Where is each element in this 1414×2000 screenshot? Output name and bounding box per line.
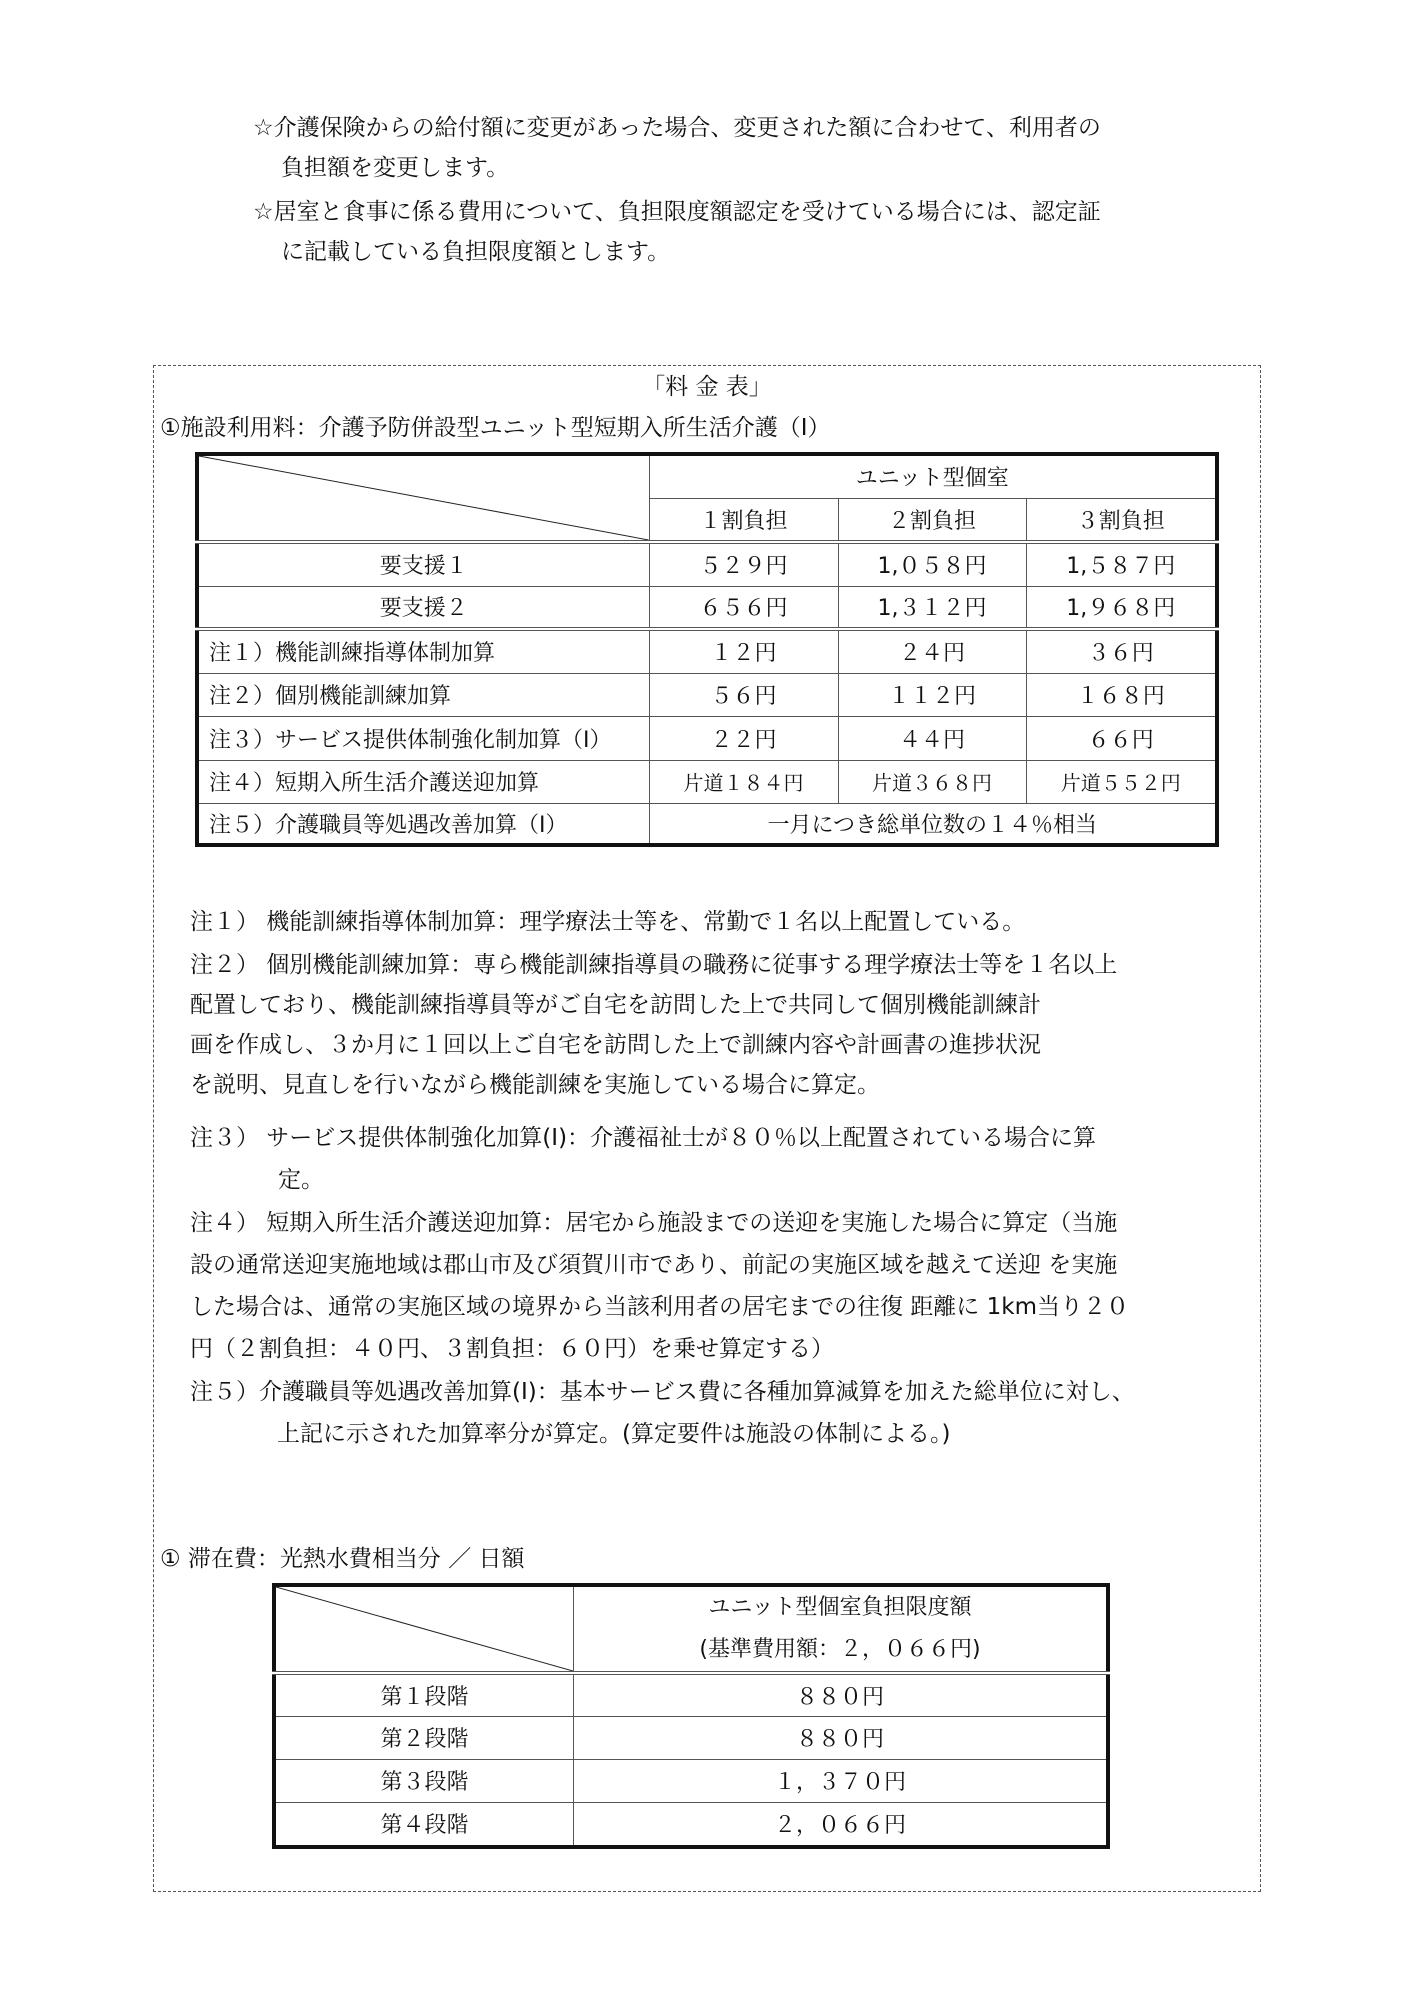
facility-fee-table: ユニット型個室 １割負担 ２割負担 ３割負担 要支援１ ５２９円 1,０５８円 … xyxy=(195,452,1219,847)
stay-fee-table: ユニット型個室負担限度額 (基準費用額：２，０６６円) 第１段階 ８８０円 第２… xyxy=(272,1583,1110,1849)
cell: ２４円 xyxy=(838,629,1026,673)
table-row: 第２段階 ８８０円 xyxy=(274,1716,1108,1759)
diagonal-header-cell xyxy=(274,1585,573,1673)
diagonal-line-icon xyxy=(199,456,649,540)
merged-cell: 一月につき総単位数の１４％相当 xyxy=(649,803,1217,845)
cell: ５２９円 xyxy=(649,542,838,586)
row-label: 第２段階 xyxy=(274,1716,573,1759)
diagonal-line-icon xyxy=(276,1587,573,1671)
cell: 片道１８４円 xyxy=(649,760,838,803)
cell: ８８０円 xyxy=(573,1716,1108,1759)
intro-line-2: 負担額を変更します。 xyxy=(253,148,509,188)
table-row: 注３）サービス提供体制強化制加算（Ⅰ） ２２円 ４４円 ６６円 xyxy=(197,716,1217,760)
diagonal-header-cell xyxy=(197,454,649,542)
intro-line-4-text: に記載している負担限度額とします。 xyxy=(253,239,670,265)
note-line: 注１） 機能訓練指導体制加算：理学療法士等を、常勤で１名以上配置している。 xyxy=(190,902,1025,942)
table-row: 注４）短期入所生活介護送迎加算 片道１８４円 片道３６８円 片道５５２円 xyxy=(197,760,1217,803)
intro-line-3: ☆居室と食事に係る費用について、負担限度額認定を受けている場合には、認定証 xyxy=(253,192,1101,232)
note-line: 画を作成し、３か月に１回以上ご自宅を訪問した上で訓練内容や計画書の進捗状況 xyxy=(190,1025,1041,1065)
intro-line-1: ☆介護保険からの給付額に変更があった場合、変更された額に合わせて、利用者の xyxy=(253,108,1101,148)
cell: ２，０６６円 xyxy=(573,1802,1108,1847)
cell: １１２円 xyxy=(838,673,1026,716)
table-row: 第３段階 １，３７０円 xyxy=(274,1759,1108,1802)
row-label: 注４）短期入所生活介護送迎加算 xyxy=(197,760,649,803)
row-label: 要支援２ xyxy=(197,586,649,629)
note-line: 円（２割負担：４０円、３割負担：６０円）を乗せ算定する） xyxy=(190,1329,834,1369)
row-label: 注１）機能訓練指導体制加算 xyxy=(197,629,649,673)
cell: ６６円 xyxy=(1026,716,1217,760)
section1-heading: ①施設利用料：介護予防併設型ユニット型短期入所生活介護（Ⅰ） xyxy=(160,409,830,442)
table-row: 注１）機能訓練指導体制加算 １２円 ２４円 ３６円 xyxy=(197,629,1217,673)
note-line: 定。 xyxy=(190,1160,324,1200)
row-label: 注２）個別機能訓練加算 xyxy=(197,673,649,716)
cell: １２円 xyxy=(649,629,838,673)
header-line-1: ユニット型個室負担限度額 xyxy=(574,1587,1106,1629)
row-label: 第３段階 xyxy=(274,1759,573,1802)
intro-line-4: に記載している負担限度額とします。 xyxy=(253,232,670,272)
cell: ４４円 xyxy=(838,716,1026,760)
row-label: 第４段階 xyxy=(274,1802,573,1847)
group-header: ユニット型個室 xyxy=(649,454,1217,498)
note-line: 設の通常送迎実施地域は郡山市及び須賀川市であり、前記の実施区域を越えて送迎 を実… xyxy=(190,1245,1117,1285)
header-cell: ユニット型個室負担限度額 (基準費用額：２，０６６円) xyxy=(573,1585,1108,1673)
cell: 1,９６８円 xyxy=(1026,586,1217,629)
cell: ６５６円 xyxy=(649,586,838,629)
fee-table-title: 「料 金 表」 xyxy=(153,368,1261,401)
cell: 1,０５８円 xyxy=(838,542,1026,586)
row-label: 要支援１ xyxy=(197,542,649,586)
table-row: 注５）介護職員等処遇改善加算（Ⅰ） 一月につき総単位数の１４％相当 xyxy=(197,803,1217,845)
table-row: 要支援１ ５２９円 1,０５８円 1,５８７円 xyxy=(197,542,1217,586)
col-header-2: ２割負担 xyxy=(838,498,1026,542)
section2-heading: ① 滞在費：光熱水費相当分 ／ 日額 xyxy=(160,1540,525,1573)
note-line-text: 上記に示された加算率分が算定。(算定要件は施設の体制による。) xyxy=(190,1421,950,1447)
intro-line-2-text: 負担額を変更します。 xyxy=(253,155,509,181)
row-label: 注３）サービス提供体制強化制加算（Ⅰ） xyxy=(197,716,649,760)
cell: 1,５８７円 xyxy=(1026,542,1217,586)
note-line: した場合は、通常の実施区域の境界から当該利用者の居宅までの往復 距離に 1km当… xyxy=(190,1287,1129,1327)
cell: ３６円 xyxy=(1026,629,1217,673)
note-line: 注４） 短期入所生活介護送迎加算：居宅から施設までの送迎を実施した場合に算定（当… xyxy=(190,1203,1117,1243)
col-header-3: ３割負担 xyxy=(1026,498,1217,542)
note-line-text: 定。 xyxy=(190,1167,324,1193)
col-header-1: １割負担 xyxy=(649,498,838,542)
note-line: 注３） サービス提供体制強化加算(Ⅰ)：介護福祉士が８０％以上配置されている場合… xyxy=(190,1118,1096,1158)
cell: ８８０円 xyxy=(573,1673,1108,1716)
table-row: 第１段階 ８８０円 xyxy=(274,1673,1108,1716)
cell: ５６円 xyxy=(649,673,838,716)
note-line: 注２） 個別機能訓練加算：専ら機能訓練指導員の職務に従事する理学療法士等を１名以… xyxy=(190,945,1117,985)
note-line: 注５）介護職員等処遇改善加算(Ⅰ)：基本サービス費に各種加算減算を加えた総単位に… xyxy=(190,1372,1135,1412)
cell: 1,３１２円 xyxy=(838,586,1026,629)
table-row: 第４段階 ２，０６６円 xyxy=(274,1802,1108,1847)
table-row: 注２）個別機能訓練加算 ５６円 １１２円 １６８円 xyxy=(197,673,1217,716)
note-line: 配置しており、機能訓練指導員等がご自宅を訪問した上で共同して個別機能訓練計 xyxy=(190,985,1041,1025)
header-line-2: (基準費用額：２，０６６円) xyxy=(574,1629,1106,1671)
table-row: 要支援２ ６５６円 1,３１２円 1,９６８円 xyxy=(197,586,1217,629)
cell: １６８円 xyxy=(1026,673,1217,716)
note-line: 上記に示された加算率分が算定。(算定要件は施設の体制による。) xyxy=(190,1414,950,1454)
row-label: 注５）介護職員等処遇改善加算（Ⅰ） xyxy=(197,803,649,845)
cell: １，３７０円 xyxy=(573,1759,1108,1802)
cell: ２２円 xyxy=(649,716,838,760)
cell: 片道５５２円 xyxy=(1026,760,1217,803)
note-line: を説明、見直しを行いながら機能訓練を実施している場合に算定。 xyxy=(190,1065,880,1105)
row-label: 第１段階 xyxy=(274,1673,573,1716)
cell: 片道３６８円 xyxy=(838,760,1026,803)
